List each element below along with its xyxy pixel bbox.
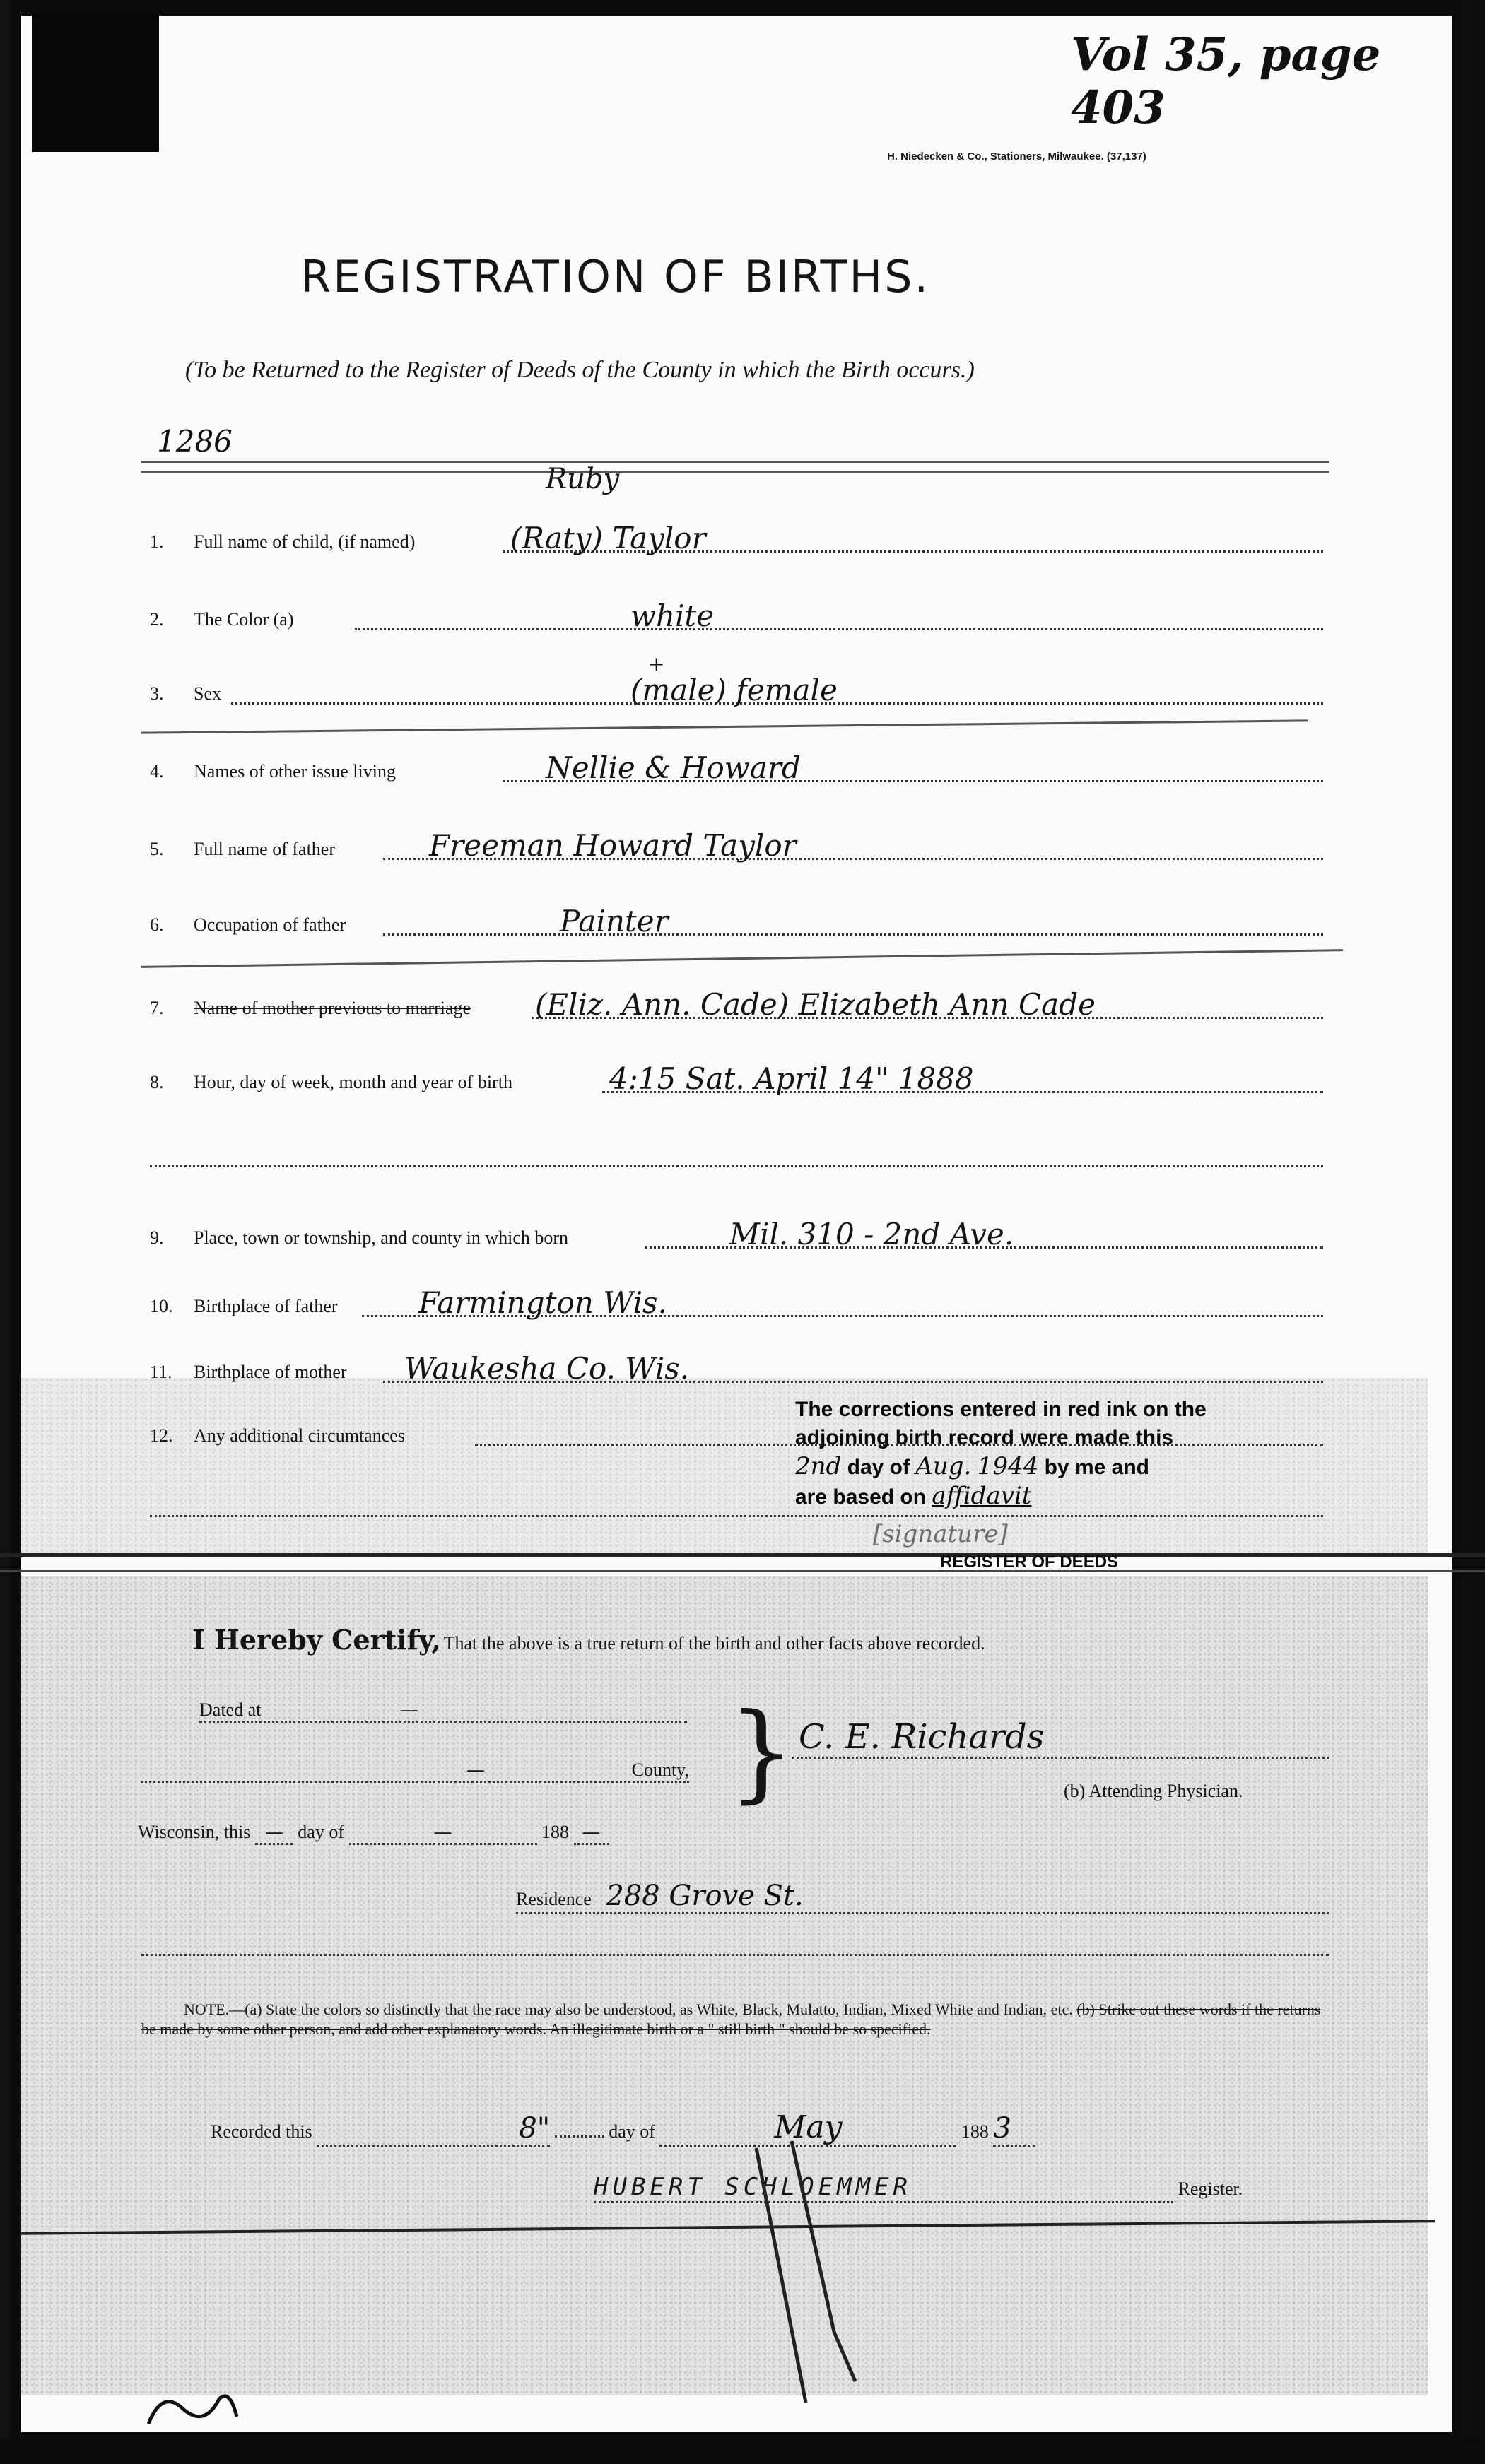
county-line: — County, (141, 1759, 689, 1783)
field-value: 4:15 Sat. April 14" 1888 (609, 1061, 974, 1096)
residence-value: 288 Grove St. (606, 1880, 803, 1912)
cert-month-value: — (349, 1822, 537, 1845)
field-label: Occupation of father (194, 914, 346, 936)
record-number: 1286 (157, 424, 233, 459)
correction-year: 1944 (978, 1452, 1039, 1480)
register-of-deeds-title: REGISTER OF DEEDS (940, 1548, 1255, 1576)
field-child-name: 1. Full name of child, (if named) Ruby (… (150, 516, 1323, 558)
volume-page-annotation: Vol 35, page 403 (1071, 28, 1485, 134)
field-label: Place, town or township, and county in w… (194, 1227, 568, 1249)
correction-basis: affidavit (932, 1482, 1031, 1510)
form-subtitle: (To be Returned to the Register of Deeds… (185, 357, 975, 384)
register-signature: [signature] (873, 1520, 1255, 1548)
divider (141, 461, 1329, 463)
field-value: (Eliz. Ann. Cade) Elizabeth Ann Cade (535, 987, 1096, 1022)
field-father-occupation: 6. Occupation of father Painter (150, 899, 1323, 941)
field-color: 2. The Color (a) white (150, 594, 1323, 636)
field-value: Freeman Howard Taylor (429, 828, 797, 863)
physician-signature-line: C. E. Richards (792, 1717, 1329, 1759)
field-label: Birthplace of mother (194, 1362, 347, 1383)
certify-heading: I Hereby Certify, (192, 1624, 441, 1656)
physician-label: (b) Attending Physician. (1064, 1781, 1243, 1802)
correction-value: Ruby (546, 463, 619, 495)
page-fold (0, 1553, 1485, 1557)
register-line: HUBERT SCHLOEMMER Register. (594, 2173, 1243, 2203)
dated-at-line: Dated at — (199, 1699, 687, 1723)
certification-statement: I Hereby Certify, That the above is a tr… (192, 1624, 985, 1656)
field-label: Name of mother previous to marriage (194, 998, 471, 1019)
pen-stroke-mark (749, 2134, 891, 2403)
correction-month: Aug. (915, 1452, 971, 1480)
field-value: Waukesha Co. Wis. (404, 1351, 689, 1386)
field-mother-maiden-name: 7. Name of mother previous to marriage (… (150, 982, 1323, 1025)
field-other-issue: 4. Names of other issue living Nellie & … (150, 745, 1323, 788)
field-value: Farmington Wis. (418, 1285, 667, 1320)
field-mother-birthplace: 11. Birthplace of mother Waukesha Co. Wi… (150, 1346, 1323, 1389)
field-birth-place: 9. Place, town or township, and county i… (150, 1212, 1323, 1254)
correction-stamp: The corrections entered in red ink on th… (795, 1396, 1255, 1576)
field-label: Full name of child, (if named) (194, 531, 415, 553)
recorded-year-value: 3 (993, 2112, 1035, 2147)
field-value: Painter (560, 904, 669, 938)
field-label: The Color (a) (194, 609, 294, 630)
brace: } (728, 1699, 795, 1805)
recorded-day-value: 8" (317, 2112, 550, 2147)
field-value: Nellie & Howard (546, 750, 801, 785)
blank-line (141, 1954, 1329, 1956)
scan-artifact-corner (32, 14, 159, 152)
dated-at-value: — (400, 1699, 418, 1721)
scan-border-left (0, 0, 10, 2464)
field-sex: 3. Sex + (male) female (150, 668, 1323, 710)
residence-line: Residence 288 Grove St. (516, 1880, 1329, 1914)
page-fold (0, 1570, 1485, 1572)
scan-border-bottom (0, 2439, 1485, 2464)
field-label: Any additional circumtances (194, 1425, 405, 1446)
field-value: Mil. 310 - 2nd Ave. (729, 1217, 1014, 1251)
correction-day: 2nd (795, 1452, 841, 1480)
printer-imprint: H. Niedecken & Co., Stationers, Milwauke… (887, 151, 1146, 163)
field-blank-line (150, 1131, 1323, 1173)
county-value: — (466, 1759, 485, 1781)
pen-squiggle-mark (141, 2388, 269, 2431)
scan-border-right (1461, 0, 1485, 2464)
cert-year-value: — (574, 1822, 609, 1845)
cert-day-value: — (255, 1822, 293, 1845)
field-value: (Raty) Taylor (510, 521, 706, 555)
field-value: (male) female (630, 673, 838, 707)
form-title: REGISTRATION OF BIRTHS. (300, 251, 930, 302)
field-birth-datetime: 8. Hour, day of week, month and year of … (150, 1056, 1323, 1099)
field-father-birthplace: 10. Birthplace of father Farmington Wis. (150, 1280, 1323, 1323)
field-label: Birthplace of father (194, 1296, 338, 1317)
physician-signature: C. E. Richards (799, 1717, 1044, 1757)
field-label: Sex (194, 683, 221, 705)
recorded-line: Recorded this 8" day of May 188 3 (211, 2109, 1035, 2147)
field-value: white (630, 599, 714, 633)
field-label: Full name of father (194, 839, 335, 860)
divider (141, 471, 1329, 473)
field-label: Names of other issue living (194, 761, 396, 782)
wisconsin-date-line: Wisconsin, this — day of — 188 — (138, 1822, 609, 1843)
field-father-name: 5. Full name of father Freeman Howard Ta… (150, 823, 1323, 866)
form-note: NOTE.—(a) State the colors so distinctly… (141, 2000, 1329, 2039)
field-label: Hour, day of week, month and year of bir… (194, 1072, 512, 1093)
paper-stain (21, 1576, 1428, 2395)
